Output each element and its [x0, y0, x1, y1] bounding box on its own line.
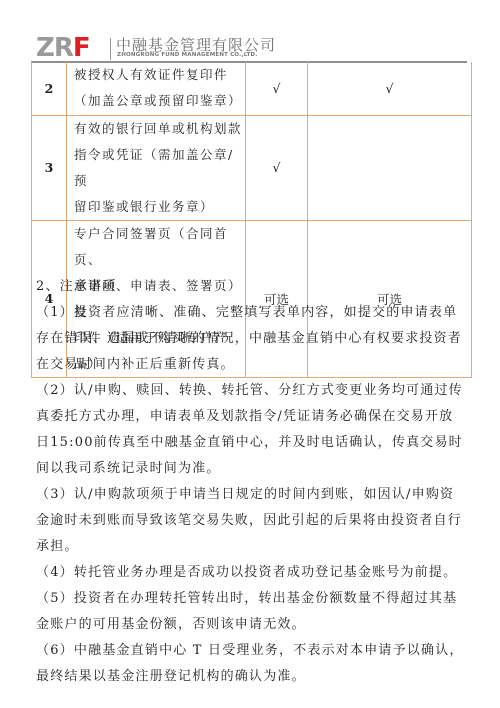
desc-line: 有效的银行回单或机构划款: [74, 116, 245, 142]
notes-title: 2、注意事项: [36, 274, 466, 300]
desc-line: 留印鉴或银行业务章）: [74, 194, 245, 220]
company-logo: ZRF: [36, 36, 91, 60]
notes-section: 2、注意事项 （1）投资者应清晰、准确、完整填写表单内容，如提交的申请表单存在错…: [36, 274, 466, 690]
row-description: 有效的银行回单或机构划款 指令或凭证（需加盖公章/预 留印鉴或银行业务章）: [67, 115, 246, 220]
note-item-5: （5）投资者在办理转托管转出时，转出基金份额数量不得超过其基金账户的可用基金份额…: [36, 586, 466, 638]
row-number: 2: [32, 62, 67, 115]
note-item-1: （1）投资者应清晰、准确、完整填写表单内容，如提交的申请表单存在错误、遗漏或不清…: [36, 300, 466, 378]
row-description: 被授权人有效证件复印件 （加盖公章或预留印鉴章）: [67, 62, 246, 115]
table-row: 3 有效的银行回单或机构划款 指令或凭证（需加盖公章/预 留印鉴或银行业务章） …: [32, 115, 472, 220]
note-item-4: （4）转托管业务办理是否成功以投资者成功登记基金账号为前提。: [36, 560, 466, 586]
note-item-2: （2）认/申购、赎回、转换、转托管、分红方式变更业务均可通过传真委托方式办理，申…: [36, 378, 466, 482]
logo-divider: [110, 38, 111, 60]
check-col-b: √: [308, 62, 472, 115]
desc-line: 被授权人有效证件复印件: [74, 62, 245, 88]
table-row: 2 被授权人有效证件复印件 （加盖公章或预留印鉴章） √ √: [32, 62, 472, 115]
note-item-6: （6）中融基金直销中心 T 日受理业务，不表示对本申请予以确认，最终结果以基金注…: [36, 638, 466, 690]
desc-line: 专户合同签署页（合同首页、: [74, 221, 245, 273]
note-item-3: （3）认/申购款项须于申请当日规定的时间内到账，如因认/申购资金逾时未到账而导致…: [36, 482, 466, 560]
page-header: ZRF 中融基金管理有限公司 ZHONGRONG FUND MANAGEMENT…: [36, 36, 466, 62]
check-col-b: [308, 115, 472, 220]
check-col-a: √: [246, 115, 308, 220]
check-col-a: √: [246, 62, 308, 115]
logo-f-text: F: [73, 36, 91, 60]
row-number: 3: [32, 115, 67, 220]
company-name-en: ZHONGRONG FUND MANAGEMENT CO.,LTD.: [117, 52, 258, 58]
desc-line: （加盖公章或预留印鉴章）: [74, 88, 245, 114]
desc-line: 指令或凭证（需加盖公章/预: [74, 142, 245, 194]
logo-zr-text: ZR: [36, 36, 73, 60]
